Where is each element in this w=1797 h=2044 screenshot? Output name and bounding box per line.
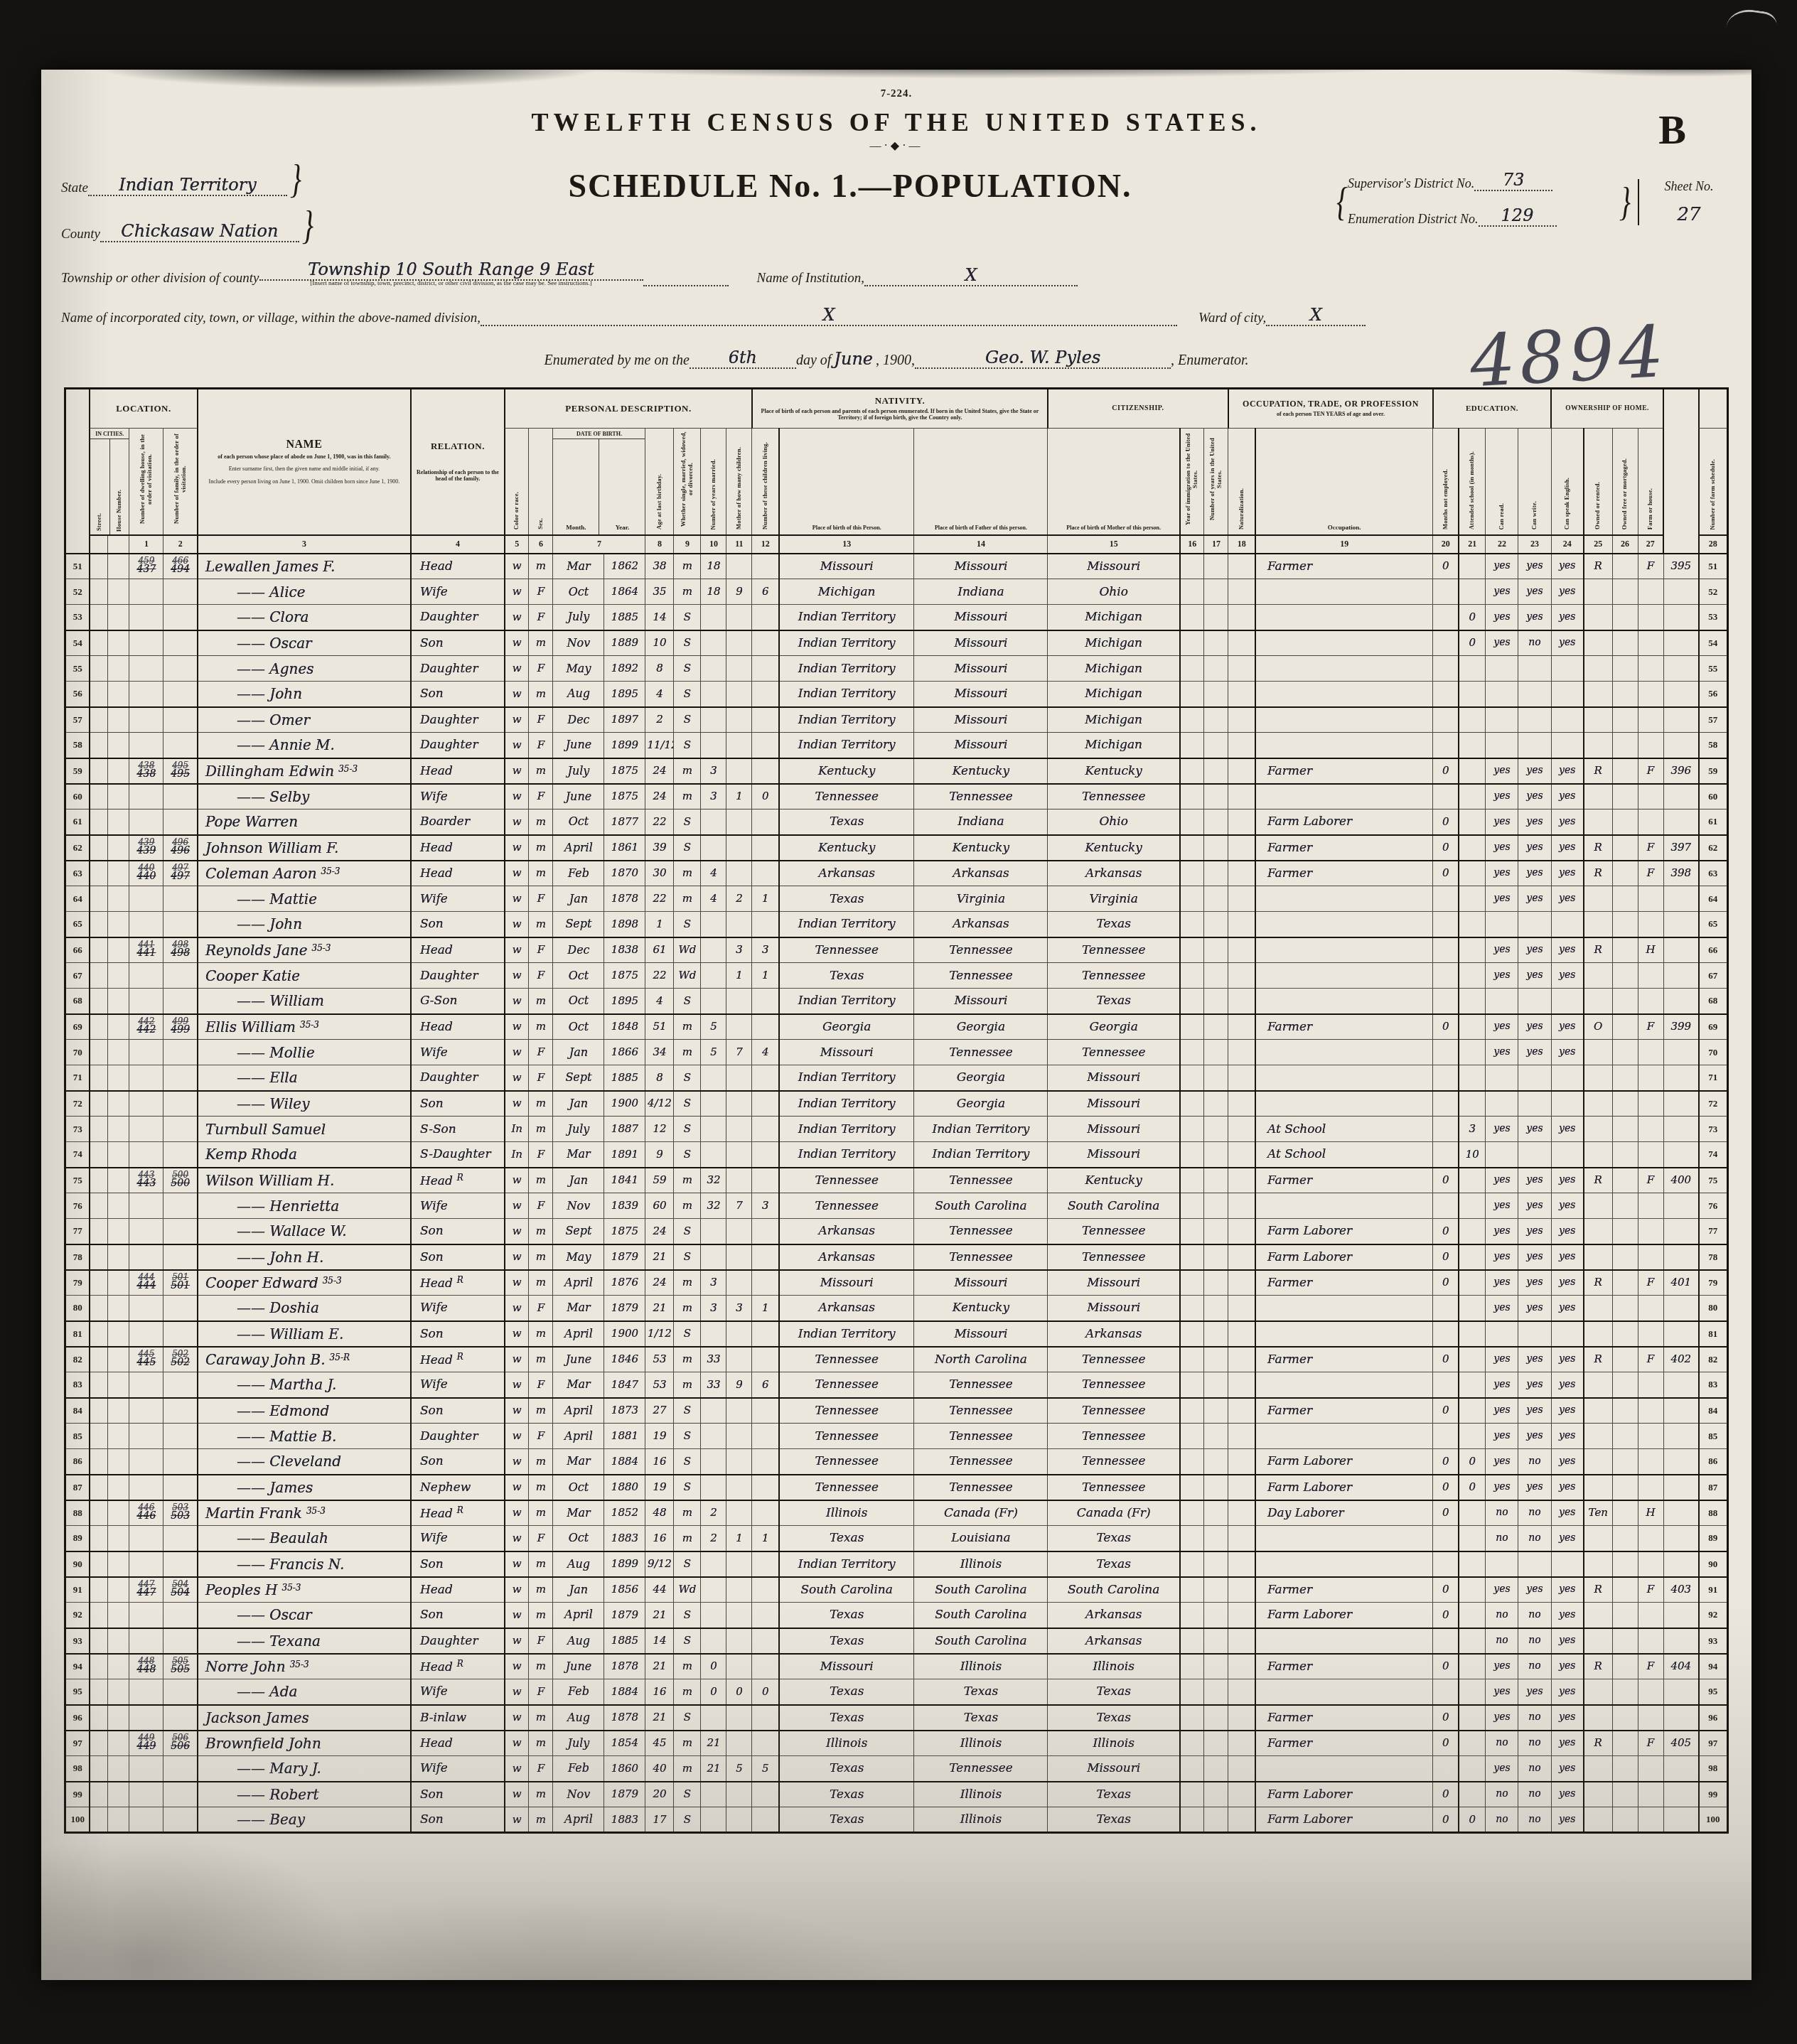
cell-birth-month: Mar bbox=[553, 1449, 604, 1475]
cell-mother-of-children: 0 bbox=[726, 1679, 752, 1705]
cell-mother-of-children bbox=[726, 1424, 752, 1449]
row-number-left: 96 bbox=[65, 1705, 90, 1731]
cell-dwelling-number bbox=[129, 809, 163, 835]
cell-attended-school: 10 bbox=[1459, 1142, 1486, 1168]
census-row: 91447447504504Peoples H35-3HeadwmJan1856… bbox=[65, 1577, 1727, 1603]
cell-house-number bbox=[108, 1500, 129, 1526]
state-county-block: State Indian Territory } County Chickasa… bbox=[61, 163, 367, 255]
cell-owned-free-mortgaged bbox=[1612, 1577, 1638, 1603]
cell-years-married bbox=[701, 1782, 726, 1807]
cell-years-in-us bbox=[1204, 1142, 1228, 1168]
enrollment-mark: 35-3 bbox=[321, 866, 340, 876]
cell-immigration-year bbox=[1180, 1065, 1204, 1091]
cell-color-race: w bbox=[505, 963, 529, 989]
cell-years-married: 33 bbox=[701, 1372, 726, 1398]
cell-marital-status: S bbox=[674, 1603, 701, 1628]
cell-occupation bbox=[1255, 784, 1433, 809]
cell-months-not-employed bbox=[1433, 1372, 1459, 1398]
cell-dwelling-number bbox=[129, 1424, 163, 1449]
cell-attended-school bbox=[1459, 1014, 1486, 1040]
struck-cell-family-number: 501 bbox=[165, 1274, 195, 1281]
cell-family-number: 502502 bbox=[163, 1347, 198, 1372]
cell-attended-school bbox=[1459, 912, 1486, 937]
cell-can-read: yes bbox=[1486, 861, 1518, 886]
cell-owned-rented bbox=[1584, 1424, 1612, 1449]
cell-relation: HeadR bbox=[411, 1500, 505, 1526]
cell-months-not-employed bbox=[1433, 1091, 1459, 1117]
cell-farm-house bbox=[1638, 1372, 1663, 1398]
cell-mother-of-children bbox=[726, 809, 752, 835]
cell-color-race: w bbox=[505, 656, 529, 682]
cell-family-number bbox=[163, 707, 198, 733]
col-number-wr: 23 bbox=[1518, 535, 1551, 554]
cell-owned-free-mortgaged bbox=[1612, 656, 1638, 682]
cell-occupation bbox=[1255, 912, 1433, 937]
row-number-right: 62 bbox=[1699, 835, 1727, 861]
cell-years-in-us bbox=[1204, 682, 1228, 707]
cell-attended-school bbox=[1459, 1526, 1486, 1551]
cell-color-race: w bbox=[505, 1065, 529, 1091]
enumerator-signature: Geo. W. Pyles bbox=[915, 348, 1171, 369]
row-number-left: 64 bbox=[65, 886, 90, 912]
cell-can-read: no bbox=[1486, 1807, 1518, 1833]
cell-name: Pope Warren bbox=[198, 809, 411, 835]
cell-years-in-us bbox=[1204, 784, 1228, 809]
cell-occupation: Farmer bbox=[1255, 758, 1433, 784]
col-header-children-living: Number of these children living. bbox=[752, 429, 779, 535]
row-number-left: 63 bbox=[65, 861, 90, 886]
cell-street bbox=[90, 758, 108, 784]
enumerated-label-post: , Enumerator. bbox=[1171, 353, 1248, 369]
cell-months-not-employed bbox=[1433, 1526, 1459, 1551]
cell-owned-free-mortgaged bbox=[1612, 835, 1638, 861]
cell-pob-person: Kentucky bbox=[779, 758, 914, 784]
cell-children-living bbox=[752, 912, 779, 937]
cell-relation: Head bbox=[411, 1577, 505, 1603]
row-number-right: 81 bbox=[1699, 1321, 1727, 1347]
cell-occupation: Farm Laborer bbox=[1255, 1219, 1433, 1244]
cell-months-not-employed: 0 bbox=[1433, 1654, 1459, 1679]
cell-age: 59 bbox=[645, 1168, 674, 1193]
cell-pob-father: Kentucky bbox=[914, 758, 1048, 784]
row-number-left: 100 bbox=[65, 1807, 90, 1833]
struck-cell-family-number: 505 bbox=[165, 1657, 195, 1664]
cell-name: Martin Frank35-3 bbox=[198, 1500, 411, 1526]
cell-owned-free-mortgaged bbox=[1612, 1628, 1638, 1654]
cell-marital-status: S bbox=[674, 733, 701, 758]
cell-owned-free-mortgaged bbox=[1612, 1244, 1638, 1270]
cell-farm-house: F bbox=[1638, 861, 1663, 886]
enumerated-month: June bbox=[834, 349, 873, 369]
cell-children-living bbox=[752, 1500, 779, 1526]
cell-pob-mother: Arkansas bbox=[1048, 1628, 1180, 1654]
col-header-farm-schedule-number: Number of farm schedule. bbox=[1699, 429, 1727, 535]
census-row: 84—— EdmondSonwmApril187327STennesseeTen… bbox=[65, 1398, 1727, 1424]
row-number-right: 53 bbox=[1699, 605, 1727, 630]
cell-birth-year: 1861 bbox=[604, 835, 645, 861]
cell-can-read: yes bbox=[1486, 630, 1518, 656]
col-header-farm-house: Farm or house. bbox=[1638, 429, 1663, 535]
cell-pob-person: Missouri bbox=[779, 1040, 914, 1065]
cell-children-living bbox=[752, 1219, 779, 1244]
cell-house-number bbox=[108, 861, 129, 886]
cell-relation: Wife bbox=[411, 1756, 505, 1782]
cell-pob-mother: Arkansas bbox=[1048, 861, 1180, 886]
cell-street bbox=[90, 1193, 108, 1219]
cell-years-in-us bbox=[1204, 1526, 1228, 1551]
cell-pob-person: Tennessee bbox=[779, 1347, 914, 1372]
cell-attended-school: 0 bbox=[1459, 605, 1486, 630]
cell-can-read: yes bbox=[1486, 835, 1518, 861]
cell-pob-person: Missouri bbox=[779, 1270, 914, 1296]
district-block: { Supervisor's District No. 73 Enumerati… bbox=[1334, 163, 1732, 241]
cell-dwelling-number bbox=[129, 1756, 163, 1782]
cell-farm-house bbox=[1638, 1603, 1663, 1628]
struck-cell-family-number: 497 bbox=[165, 864, 195, 871]
cell-color-race: w bbox=[505, 886, 529, 912]
cell-birth-month: Aug bbox=[553, 682, 604, 707]
cell-marital-status: m bbox=[674, 758, 701, 784]
cell-mother-of-children bbox=[726, 758, 752, 784]
cell-street bbox=[90, 1168, 108, 1193]
cell-naturalization bbox=[1228, 1424, 1255, 1449]
cell-months-not-employed: 0 bbox=[1433, 1577, 1459, 1603]
cell-children-living bbox=[752, 1449, 779, 1475]
col-header-months-not-employed: Months not employed. bbox=[1433, 429, 1459, 535]
cell-sex: m bbox=[529, 1398, 553, 1424]
cell-months-not-employed bbox=[1433, 1065, 1459, 1091]
cell-pob-mother: Michigan bbox=[1048, 707, 1180, 733]
cell-birth-month: Dec bbox=[553, 707, 604, 733]
cell-occupation bbox=[1255, 1526, 1433, 1551]
cell-name: —— Ella bbox=[198, 1065, 411, 1091]
cell-can-speak-english: yes bbox=[1551, 1603, 1584, 1628]
cell-age: 44 bbox=[645, 1577, 674, 1603]
cell-pob-person: Indian Territory bbox=[779, 733, 914, 758]
row-number-right: 72 bbox=[1699, 1091, 1727, 1117]
cell-farm-schedule-number: 400 bbox=[1663, 1168, 1699, 1193]
cell-relation: Wife bbox=[411, 886, 505, 912]
row-number-right: 100 bbox=[1699, 1807, 1727, 1833]
cell-farm-schedule-number bbox=[1663, 1193, 1699, 1219]
cell-pob-mother: Michigan bbox=[1048, 733, 1180, 758]
cell-attended-school bbox=[1459, 1168, 1486, 1193]
cell-pob-person: Indian Territory bbox=[779, 605, 914, 630]
cell-can-write: no bbox=[1518, 630, 1551, 656]
cell-family-number bbox=[163, 605, 198, 630]
col-header-occupation: Occupation. bbox=[1255, 429, 1433, 535]
cell-can-write: yes bbox=[1518, 1244, 1551, 1270]
cell-owned-rented: R bbox=[1584, 1168, 1612, 1193]
cell-immigration-year bbox=[1180, 605, 1204, 630]
cell-pob-person: Illinois bbox=[779, 1731, 914, 1756]
supervisor-district-value: 73 bbox=[1474, 170, 1552, 191]
cell-owned-rented bbox=[1584, 1193, 1612, 1219]
cell-house-number bbox=[108, 1372, 129, 1398]
cell-age: 4/12 bbox=[645, 1091, 674, 1117]
cell-years-in-us bbox=[1204, 1500, 1228, 1526]
cell-can-read: no bbox=[1486, 1731, 1518, 1756]
cell-name: —— William bbox=[198, 989, 411, 1014]
cell-can-read: yes bbox=[1486, 963, 1518, 989]
cell-farm-house bbox=[1638, 1705, 1663, 1731]
cell-dwelling-number bbox=[129, 1091, 163, 1117]
cell-birth-month: April bbox=[553, 1321, 604, 1347]
cell-farm-schedule-number: 399 bbox=[1663, 1014, 1699, 1040]
cell-sex: m bbox=[529, 809, 553, 835]
cell-months-not-employed bbox=[1433, 937, 1459, 963]
cell-mother-of-children bbox=[726, 1654, 752, 1679]
cell-children-living bbox=[752, 1398, 779, 1424]
cell-family-number bbox=[163, 1475, 198, 1500]
cell-years-married bbox=[701, 656, 726, 682]
cell-occupation bbox=[1255, 963, 1433, 989]
cell-pob-father: Georgia bbox=[914, 1091, 1048, 1117]
cell-years-married: 5 bbox=[701, 1014, 726, 1040]
cell-can-speak-english: yes bbox=[1551, 1679, 1584, 1705]
cell-immigration-year bbox=[1180, 963, 1204, 989]
cell-years-in-us bbox=[1204, 1475, 1228, 1500]
cell-pob-mother: Michigan bbox=[1048, 682, 1180, 707]
census-row: 80—— DoshiaWifewFMar187921m331ArkansasKe… bbox=[65, 1296, 1727, 1321]
cell-mother-of-children bbox=[726, 1500, 752, 1526]
cell-farm-schedule-number bbox=[1663, 630, 1699, 656]
cell-years-in-us bbox=[1204, 835, 1228, 861]
cell-owned-rented bbox=[1584, 1142, 1612, 1168]
cell-birth-month: April bbox=[553, 1424, 604, 1449]
cell-house-number bbox=[108, 1577, 129, 1603]
cell-farm-schedule-number bbox=[1663, 1500, 1699, 1526]
row-number-left: 77 bbox=[65, 1219, 90, 1244]
cell-owned-free-mortgaged bbox=[1612, 1551, 1638, 1577]
cell-can-speak-english: yes bbox=[1551, 1168, 1584, 1193]
cell-family-number bbox=[163, 784, 198, 809]
cell-farm-schedule-number bbox=[1663, 605, 1699, 630]
struck-cell-dwelling-number: 445 bbox=[131, 1350, 161, 1357]
cell-years-in-us bbox=[1204, 1705, 1228, 1731]
cell-pob-father: Missouri bbox=[914, 1270, 1048, 1296]
census-row: 52—— AliceWifewFOct186435m1896MichiganIn… bbox=[65, 579, 1727, 605]
cell-farm-schedule-number: 397 bbox=[1663, 835, 1699, 861]
row-number-left: 72 bbox=[65, 1091, 90, 1117]
col-number-nm: 3 bbox=[198, 535, 411, 554]
cell-birth-year: 1856 bbox=[604, 1577, 645, 1603]
cell-house-number bbox=[108, 1449, 129, 1475]
cell-can-write: no bbox=[1518, 1731, 1551, 1756]
cell-dwelling-number bbox=[129, 707, 163, 733]
cell-pob-father: Georgia bbox=[914, 1014, 1048, 1040]
cell-relation: Daughter bbox=[411, 1424, 505, 1449]
cell-street bbox=[90, 1603, 108, 1628]
col-number-mc: 11 bbox=[726, 535, 752, 554]
cell-pob-person: Tennessee bbox=[779, 937, 914, 963]
cell-years-married bbox=[701, 1577, 726, 1603]
cell-attended-school bbox=[1459, 682, 1486, 707]
cell-immigration-year bbox=[1180, 1424, 1204, 1449]
census-row: 70—— MollieWifewFJan186634m574MissouriTe… bbox=[65, 1040, 1727, 1065]
cell-marital-status: m bbox=[674, 1014, 701, 1040]
cell-occupation bbox=[1255, 1679, 1433, 1705]
cell-pob-person: South Carolina bbox=[779, 1577, 914, 1603]
cell-pob-father: Missouri bbox=[914, 605, 1048, 630]
cell-house-number bbox=[108, 963, 129, 989]
row-number-left: 67 bbox=[65, 963, 90, 989]
cell-family-number bbox=[163, 1117, 198, 1142]
cell-years-in-us bbox=[1204, 1807, 1228, 1833]
cell-sex: F bbox=[529, 1372, 553, 1398]
cell-can-write bbox=[1518, 1551, 1551, 1577]
cell-color-race: w bbox=[505, 1628, 529, 1654]
cell-farm-house bbox=[1638, 656, 1663, 682]
cell-can-speak-english: yes bbox=[1551, 1372, 1584, 1398]
cell-pob-father: Tennessee bbox=[914, 1168, 1048, 1193]
cell-can-read bbox=[1486, 1551, 1518, 1577]
census-row: 97449449506506Brownfield JohnHeadwmJuly1… bbox=[65, 1731, 1727, 1756]
cell-mother-of-children bbox=[726, 1270, 752, 1296]
struck-cell-dwelling-number: 459 bbox=[131, 557, 161, 564]
cell-years-married bbox=[701, 1705, 726, 1731]
row-number-left: 98 bbox=[65, 1756, 90, 1782]
cell-children-living bbox=[752, 1603, 779, 1628]
cell-relation: Daughter bbox=[411, 1628, 505, 1654]
cell-color-race: w bbox=[505, 1040, 529, 1065]
cell-relation: HeadR bbox=[411, 1347, 505, 1372]
cell-color-race: w bbox=[505, 682, 529, 707]
col-header-pob-person: Place of birth of this Person. bbox=[779, 429, 914, 535]
cell-naturalization bbox=[1228, 1807, 1255, 1833]
cell-owned-rented bbox=[1584, 1526, 1612, 1551]
cell-pob-person: Arkansas bbox=[779, 1296, 914, 1321]
cell-birth-month: Jan bbox=[553, 1168, 604, 1193]
row-number-left: 89 bbox=[65, 1526, 90, 1551]
cell-immigration-year bbox=[1180, 784, 1204, 809]
col-number-p3: 15 bbox=[1048, 535, 1180, 554]
cell-dwelling-number bbox=[129, 989, 163, 1014]
cell-house-number bbox=[108, 1321, 129, 1347]
cell-pob-mother: Arkansas bbox=[1048, 1321, 1180, 1347]
cell-pob-mother: Tennessee bbox=[1048, 1449, 1180, 1475]
cell-sex: m bbox=[529, 861, 553, 886]
cell-dwelling-number: 449449 bbox=[129, 1731, 163, 1756]
row-number-left: 95 bbox=[65, 1679, 90, 1705]
cell-name: —— James bbox=[198, 1475, 411, 1500]
cell-can-write: no bbox=[1518, 1807, 1551, 1833]
cell-years-in-us bbox=[1204, 605, 1228, 630]
cell-relation: HeadR bbox=[411, 1270, 505, 1296]
cell-mother-of-children bbox=[726, 1551, 752, 1577]
cell-birth-year: 1884 bbox=[604, 1679, 645, 1705]
cell-attended-school bbox=[1459, 1679, 1486, 1705]
cell-months-not-employed bbox=[1433, 912, 1459, 937]
cell-pob-father: Arkansas bbox=[914, 861, 1048, 886]
cell-name: —— Wiley bbox=[198, 1091, 411, 1117]
cell-can-speak-english bbox=[1551, 656, 1584, 682]
enumeration-district-value: 129 bbox=[1479, 205, 1557, 227]
enumerated-label-mid2: , 1900, bbox=[876, 353, 915, 369]
cell-age: 10 bbox=[645, 630, 674, 656]
col-number-dw: 1 bbox=[129, 535, 163, 554]
cell-farm-house bbox=[1638, 1296, 1663, 1321]
cell-color-race: w bbox=[505, 861, 529, 886]
cell-attended-school bbox=[1459, 989, 1486, 1014]
cell-children-living bbox=[752, 605, 779, 630]
cell-color-race: w bbox=[505, 937, 529, 963]
cell-children-living: 6 bbox=[752, 579, 779, 605]
cell-pob-person: Arkansas bbox=[779, 1219, 914, 1244]
cell-farm-house bbox=[1638, 1424, 1663, 1449]
row-number-left: 53 bbox=[65, 605, 90, 630]
cell-naturalization bbox=[1228, 1193, 1255, 1219]
cell-birth-year: 1884 bbox=[604, 1449, 645, 1475]
struck-cell-dwelling-number: 441 bbox=[131, 941, 161, 948]
row-number-left: 66 bbox=[65, 937, 90, 963]
cell-marital-status: Wd bbox=[674, 963, 701, 989]
cell-marital-status: m bbox=[674, 1756, 701, 1782]
cell-pob-mother: Ohio bbox=[1048, 809, 1180, 835]
cell-house-number bbox=[108, 1424, 129, 1449]
cell-relation: B-inlaw bbox=[411, 1705, 505, 1731]
cell-dwelling-number bbox=[129, 1449, 163, 1475]
cell-mother-of-children bbox=[726, 1603, 752, 1628]
cell-attended-school bbox=[1459, 1347, 1486, 1372]
form-number: 7-224. bbox=[61, 88, 1732, 100]
cell-pob-person: Arkansas bbox=[779, 861, 914, 886]
cell-can-read bbox=[1486, 912, 1518, 937]
cell-sex: m bbox=[529, 1449, 553, 1475]
cell-name: —— Ada bbox=[198, 1679, 411, 1705]
col-header-can-write: Can write. bbox=[1518, 429, 1551, 535]
row-number-left: 68 bbox=[65, 989, 90, 1014]
cell-street bbox=[90, 989, 108, 1014]
cell-farm-house: H bbox=[1638, 1500, 1663, 1526]
col-group-relation: RELATION. Relationship of each person to… bbox=[411, 389, 505, 535]
cell-marital-status: S bbox=[674, 989, 701, 1014]
cell-mother-of-children bbox=[726, 707, 752, 733]
cell-name: —— Robert bbox=[198, 1782, 411, 1807]
cell-can-write: no bbox=[1518, 1654, 1551, 1679]
cell-birth-month: Jan bbox=[553, 1577, 604, 1603]
cell-children-living: 1 bbox=[752, 1296, 779, 1321]
struck-cell-family-number: 500 bbox=[165, 1171, 195, 1178]
cell-owned-rented bbox=[1584, 1398, 1612, 1424]
cell-family-number bbox=[163, 963, 198, 989]
cell-farm-house: F bbox=[1638, 554, 1663, 579]
cell-mother-of-children bbox=[726, 1142, 752, 1168]
cell-sex: F bbox=[529, 1193, 553, 1219]
ward-value: X bbox=[1266, 305, 1366, 326]
cell-can-speak-english: yes bbox=[1551, 554, 1584, 579]
row-number-left: 61 bbox=[65, 809, 90, 835]
cell-sex: F bbox=[529, 579, 553, 605]
cell-birth-year: 1875 bbox=[604, 963, 645, 989]
cell-mother-of-children bbox=[726, 682, 752, 707]
cell-attended-school bbox=[1459, 963, 1486, 989]
cell-name: Coleman Aaron35-3 bbox=[198, 861, 411, 886]
cell-house-number bbox=[108, 1270, 129, 1296]
cell-pob-mother: Virginia bbox=[1048, 886, 1180, 912]
cell-marital-status: S bbox=[674, 835, 701, 861]
cell-can-read: no bbox=[1486, 1782, 1518, 1807]
cell-can-read: yes bbox=[1486, 554, 1518, 579]
cell-immigration-year bbox=[1180, 1193, 1204, 1219]
cell-birth-month: Feb bbox=[553, 1679, 604, 1705]
cell-owned-rented bbox=[1584, 1782, 1612, 1807]
cell-age: 9 bbox=[645, 1142, 674, 1168]
cell-occupation bbox=[1255, 707, 1433, 733]
cell-age: 53 bbox=[645, 1372, 674, 1398]
cell-mother-of-children bbox=[726, 1807, 752, 1833]
cell-family-number: 505505 bbox=[163, 1654, 198, 1679]
